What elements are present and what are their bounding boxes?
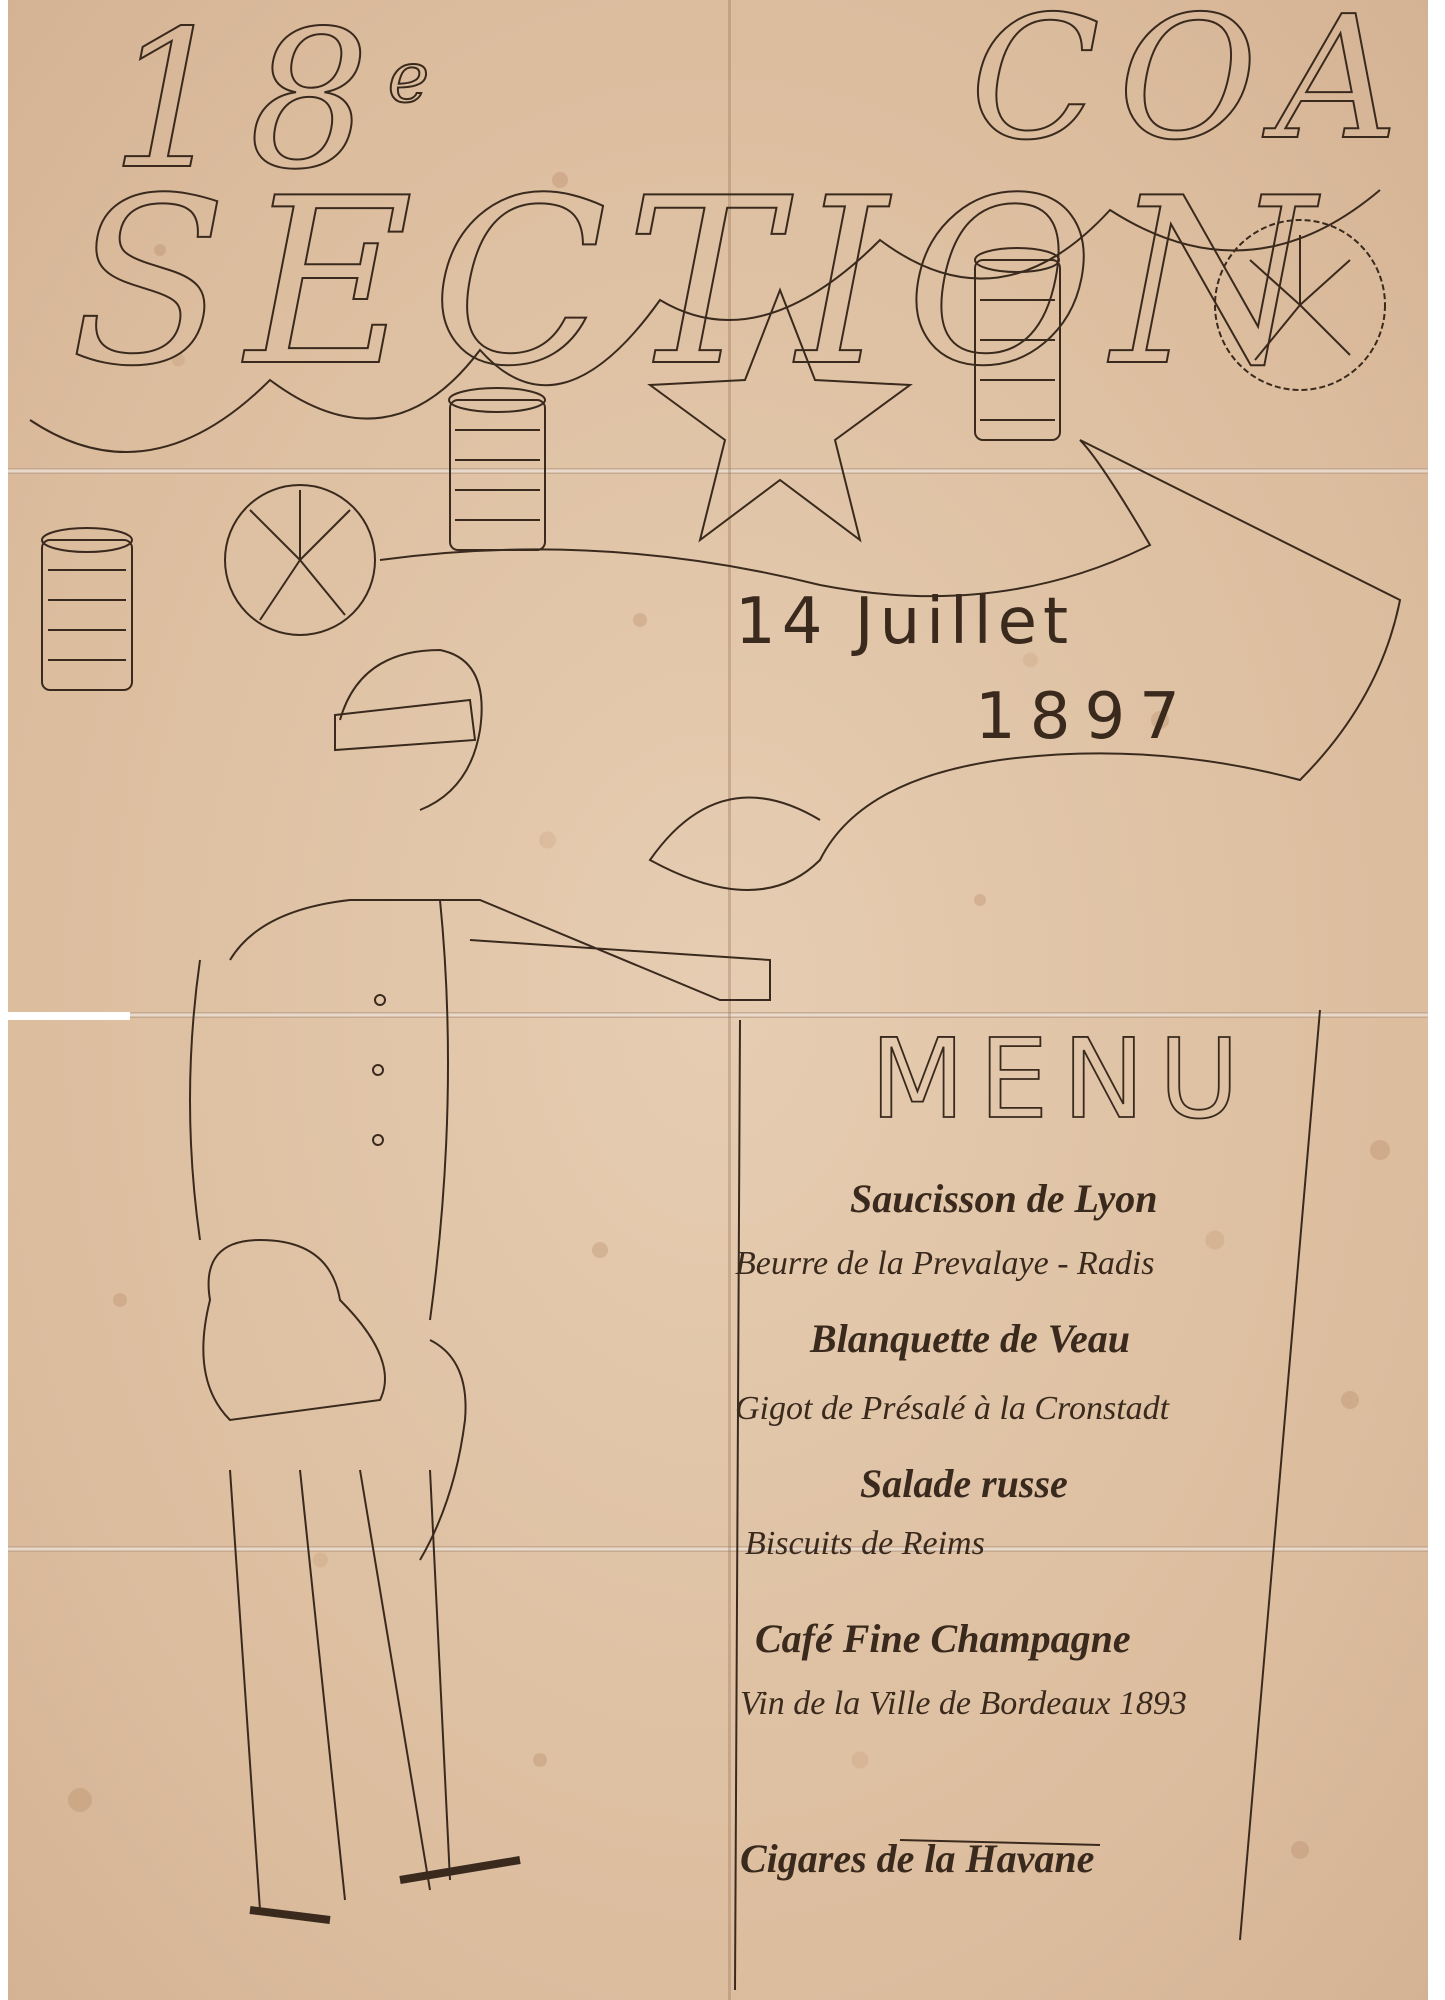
menu-item: Salade russe — [860, 1460, 1068, 1507]
menu-title: MENU — [870, 1015, 1253, 1143]
menu-item: Cigares de la Havane — [740, 1835, 1094, 1882]
heading-section-word: SECTION — [70, 150, 1332, 417]
menu-item: Gigot de Présalé à la Cronstadt — [735, 1390, 1169, 1428]
soldier-figure — [190, 650, 770, 1920]
round-lantern-icon — [225, 485, 375, 635]
lantern-icon — [42, 528, 132, 690]
menu-card: MENU Saucisson de Lyon Beurre de la Prev… — [735, 1000, 1325, 1940]
menu-item: Vin de la Ville de Bordeaux 1893 — [740, 1685, 1187, 1723]
heading-unit-coa: COA — [970, 0, 1416, 178]
menu-item: Café Fine Champagne — [755, 1615, 1131, 1662]
menu-item: Biscuits de Reims — [745, 1525, 985, 1563]
menu-item: Blanquette de Veau — [810, 1315, 1130, 1362]
menu-item: Saucisson de Lyon — [850, 1175, 1157, 1222]
menu-item: Beurre de la Prevalaye - Radis — [735, 1245, 1155, 1283]
date-day-month: 14 Juillet — [735, 585, 1074, 659]
date-year: 1897 — [975, 680, 1194, 754]
date-banner-ribbon — [380, 440, 1400, 890]
